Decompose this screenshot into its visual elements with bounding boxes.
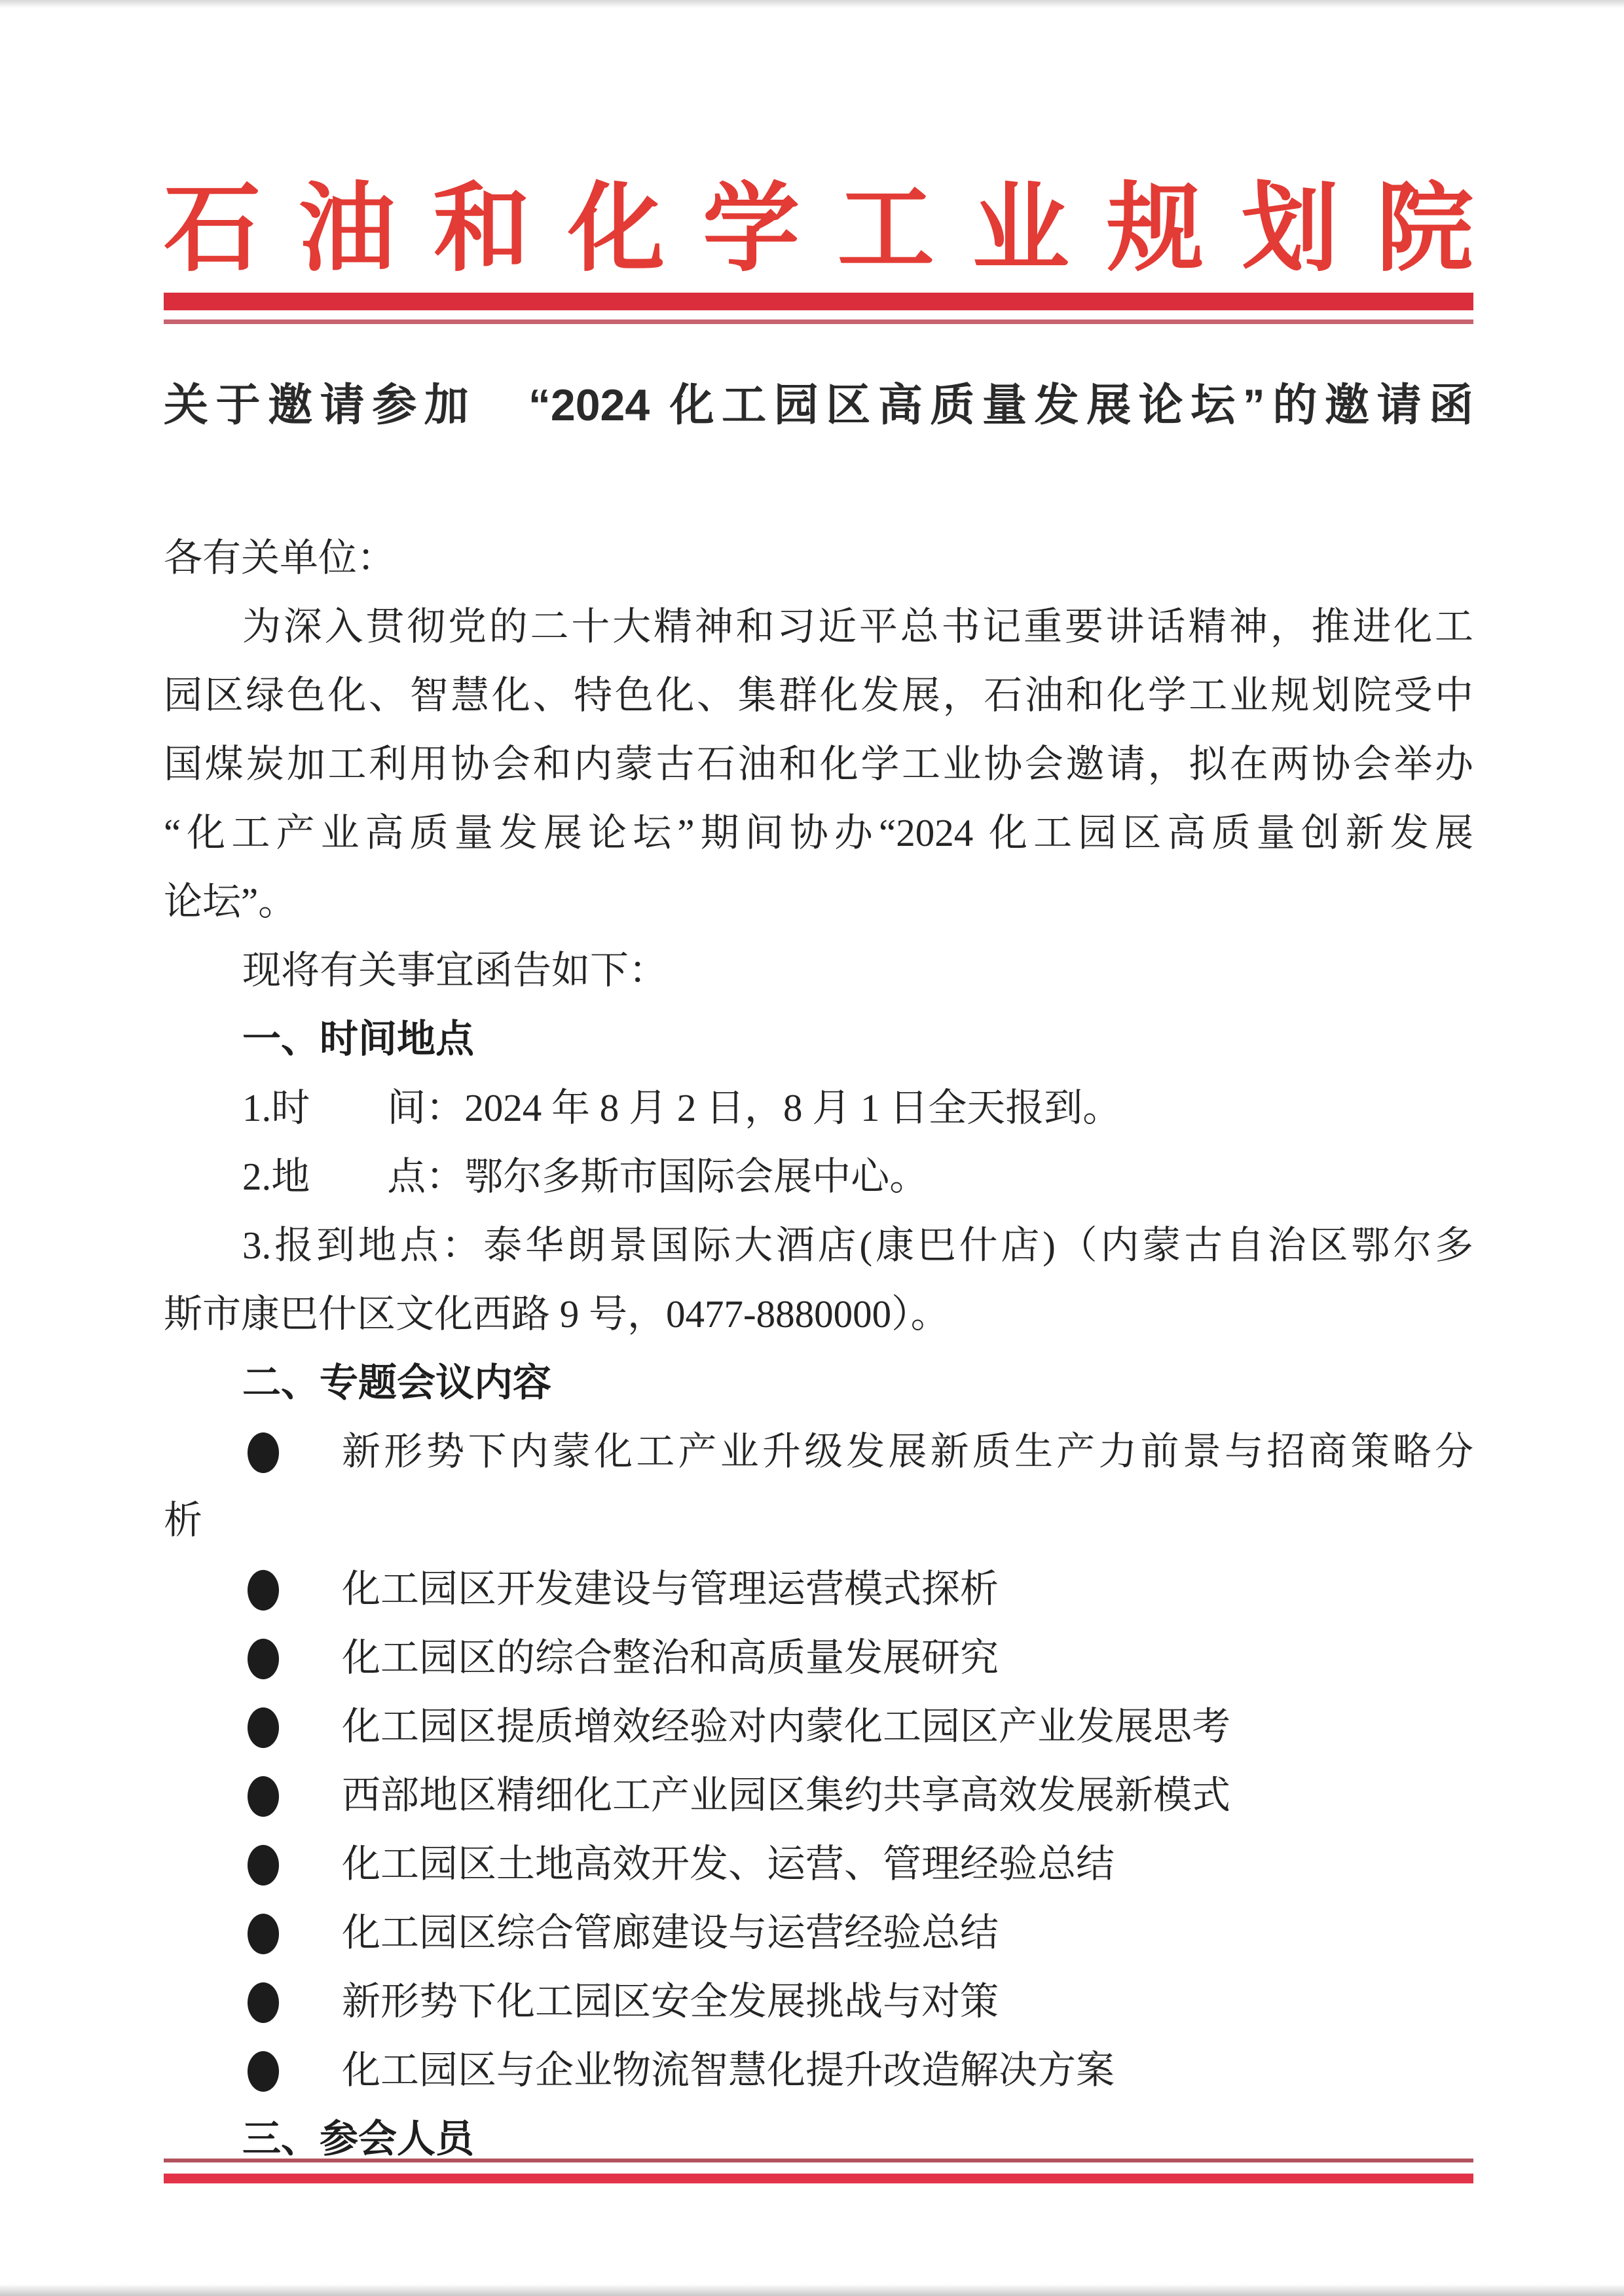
topic-item-wrap-line: 析	[164, 1486, 1473, 1555]
intro-paragraph-line: 国煤炭加工利用协会和内蒙古石油和化学工业协会邀请，拟在两协会举办	[164, 730, 1473, 799]
intro-paragraph-line: 为深入贯彻党的二十大精神和习近平总书记重要讲话精神，推进化工	[164, 592, 1473, 661]
bullet-icon	[248, 1432, 279, 1473]
salutation: 各有关单位：	[164, 524, 1473, 592]
scanned-letter-page: { "colors": { "ink": "#242424", "accent_…	[0, 0, 1624, 2296]
letterhead-char: 和	[434, 178, 530, 282]
footer-rule-thin	[164, 2159, 1473, 2162]
letter-body: 各有关单位： 为深入贯彻党的二十大精神和习近平总书记重要讲话精神，推进化工 园区…	[164, 524, 1473, 2174]
section-heading-attendees: 三、参会人员	[164, 2105, 1473, 2174]
letterhead-char: 石	[164, 178, 261, 282]
topic-item: 新形势下化工园区安全发展挑战与对策	[164, 1967, 1473, 2036]
topic-item-text: 化工园区土地高效开发、运营、管理经验总结	[342, 1842, 1115, 1886]
topic-item: 化工园区与企业物流智慧化提升改造解决方案	[164, 2036, 1473, 2105]
header-rule-thin	[164, 319, 1473, 324]
registration-item-line: 3.报到地点：泰华朗景国际大酒店(康巴什店)（内蒙古自治区鄂尔多	[164, 1211, 1473, 1280]
letterhead-char: 油	[299, 178, 396, 282]
header-rule-thick	[164, 293, 1473, 310]
topic-item: 西部地区精细化工产业园区集约共享高效发展新模式	[164, 1761, 1473, 1830]
letterhead-char: 划	[1242, 178, 1338, 282]
bullet-icon	[248, 2051, 279, 2092]
topic-item: 化工园区土地高效开发、运营、管理经验总结	[164, 1830, 1473, 1899]
bullet-icon	[248, 1639, 279, 1679]
topic-item-text: 化工园区开发建设与管理运营模式探析	[342, 1567, 999, 1611]
footer-rule-thick	[164, 2174, 1473, 2183]
letterhead-char: 规	[1107, 178, 1204, 282]
page: 石油和化学工业规划院 关于邀请参加 “2024 化工园区高质量发展论坛”的邀请函…	[0, 0, 1624, 2296]
letterhead-char: 工	[838, 178, 934, 282]
letterhead-char: 学	[703, 178, 800, 282]
topic-item: 化工园区综合管廊建设与运营经验总结	[164, 1899, 1473, 1967]
scan-artifact-bottom	[0, 2284, 1624, 2296]
bullet-icon	[248, 1776, 279, 1817]
topic-item: 新形势下内蒙化工产业升级发展新质生产力前景与招商策略分	[164, 1417, 1473, 1486]
topic-item: 化工园区提质增效经验对内蒙化工园区产业发展思考	[164, 1692, 1473, 1761]
topic-item-text: 化工园区综合管廊建设与运营经验总结	[342, 1911, 999, 1954]
topic-item-text: 新形势下化工园区安全发展挑战与对策	[342, 1980, 999, 2023]
letterhead-char: 院	[1376, 178, 1473, 282]
place-item: 2.地 点：鄂尔多斯市国际会展中心。	[164, 1142, 1473, 1211]
topic-item-text: 化工园区的综合整治和高质量发展研究	[342, 1636, 999, 1679]
registration-item-line: 斯市康巴什区文化西路 9 号，0477-8880000）。	[164, 1280, 1473, 1349]
letterhead-char: 化	[568, 178, 665, 282]
topic-item: 化工园区的综合整治和高质量发展研究	[164, 1624, 1473, 1692]
topic-item-text: 西部地区精细化工产业园区集约共享高效发展新模式	[342, 1774, 1230, 1817]
letterhead-char: 业	[972, 178, 1069, 282]
letterhead-org-name: 石油和化学工业规划院	[164, 178, 1473, 283]
intro-paragraph-line: 园区绿色化、智慧化、特色化、集群化发展，石油和化学工业规划院受中	[164, 661, 1473, 730]
scan-artifact-top	[0, 0, 1624, 8]
bullet-icon	[248, 1845, 279, 1886]
topic-item-text: 化工园区提质增效经验对内蒙化工园区产业发展思考	[342, 1705, 1230, 1748]
bullet-icon	[248, 1914, 279, 1954]
time-item: 1.时 间：2024 年 8 月 2 日，8 月 1 日全天报到。	[164, 1074, 1473, 1142]
bullet-icon	[248, 1570, 279, 1611]
notice-line: 现将有关事宜函告如下：	[164, 936, 1473, 1005]
topic-item-text: 化工园区与企业物流智慧化提升改造解决方案	[342, 2049, 1115, 2092]
section-heading-time-place: 一、时间地点	[164, 1005, 1473, 1074]
section-heading-topics: 二、专题会议内容	[164, 1349, 1473, 1417]
intro-paragraph-line: 论坛”。	[164, 867, 1473, 936]
topic-item-text: 新形势下内蒙化工产业升级发展新质生产力前景与招商策略分	[342, 1430, 1473, 1473]
intro-paragraph-line: “化工产业高质量发展论坛”期间协办“2024 化工园区高质量创新发展	[164, 799, 1473, 867]
bullet-icon	[248, 1707, 279, 1748]
topic-item: 化工园区开发建设与管理运营模式探析	[164, 1555, 1473, 1624]
document-title: 关于邀请参加 “2024 化工园区高质量发展论坛”的邀请函	[164, 371, 1473, 440]
bullet-icon	[248, 1982, 279, 2023]
